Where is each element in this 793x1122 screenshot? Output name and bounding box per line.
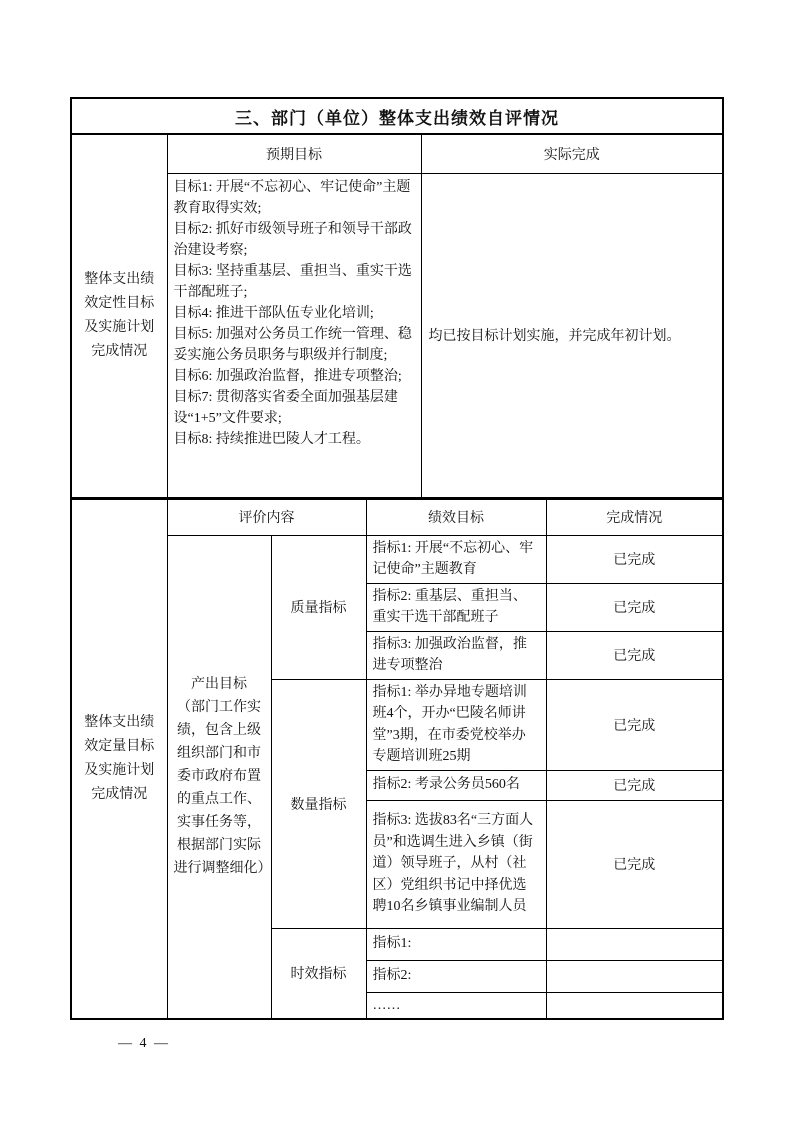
quantity-indicator-1-status: 已完成 [546, 679, 723, 770]
output-goal-desc: （部门工作实绩，包含上级组织部门和市委市政府布置的重点工作、实事任务等，根据部门… [174, 696, 265, 880]
performance-self-evaluation-table: 三、部门（单位）整体支出绩效自评情况 整体支出绩效定性目标及实施计划完成情况 预… [70, 97, 724, 1020]
section1-row-label: 整体支出绩效定性目标及实施计划完成情况 [71, 134, 167, 498]
goal-item-1: 目标1: 开展“不忘初心、牢记使命”主题教育取得实效; [174, 177, 415, 219]
quantity-indicator-3-status: 已完成 [546, 800, 723, 928]
quality-indicator-group-label: 质量指标 [271, 535, 366, 679]
goal-item-3: 目标3: 坚持重基层、重担当、重实干选干部配班子; [174, 261, 415, 303]
quantity-indicator-2-target: 指标2: 考录公务员560名 [366, 770, 546, 800]
timeliness-indicator-1-status [546, 928, 723, 960]
quality-indicator-3-target: 指标3: 加强政治监督，推进专项整治 [366, 631, 546, 679]
evaluation-content-header: 评价内容 [167, 498, 366, 535]
goal-item-2: 目标2: 抓好市级领导班子和领导干部政治建设考察; [174, 219, 415, 261]
output-goal-cell: 产出目标 （部门工作实绩，包含上级组织部门和市委市政府布置的重点工作、实事任务等… [167, 535, 271, 1019]
expected-goals-cell: 目标1: 开展“不忘初心、牢记使命”主题教育取得实效; 目标2: 抓好市级领导班… [167, 173, 421, 498]
expected-goal-header: 预期目标 [167, 134, 421, 173]
quantity-indicator-group-label: 数量指标 [271, 679, 366, 928]
quality-indicator-2-status: 已完成 [546, 583, 723, 631]
quantity-indicator-2-status: 已完成 [546, 770, 723, 800]
timeliness-indicator-1-target: 指标1: [366, 928, 546, 960]
timeliness-indicator-group-label: 时效指标 [271, 928, 366, 1019]
goal-item-8: 目标8: 持续推进巴陵人才工程。 [174, 429, 415, 450]
actual-completion-header: 实际完成 [421, 134, 723, 173]
timeliness-indicator-ellipsis-status [546, 992, 723, 1019]
quality-indicator-1-status: 已完成 [546, 535, 723, 583]
page-number: — 4 — [118, 1036, 170, 1052]
document-page: 三、部门（单位）整体支出绩效自评情况 整体支出绩效定性目标及实施计划完成情况 预… [0, 0, 793, 1122]
actual-completion-cell: 均已按目标计划实施，并完成年初计划。 [421, 173, 723, 498]
timeliness-indicator-ellipsis-target: …… [366, 992, 546, 1019]
goal-item-7: 目标7: 贯彻落实省委全面加强基层建设“1+5”文件要求; [174, 387, 415, 429]
quality-indicator-3-status: 已完成 [546, 631, 723, 679]
quality-indicator-2-target: 指标2: 重基层、重担当、重实干选干部配班子 [366, 583, 546, 631]
table-title: 三、部门（单位）整体支出绩效自评情况 [71, 98, 723, 134]
goal-item-5: 目标5: 加强对公务员工作统一管理、稳妥实施公务员职务与职级并行制度; [174, 324, 415, 366]
quantity-indicator-3-target: 指标3: 选拔83名“三方面人员”和选调生进入乡镇（街道）领导班子，从村（社区）… [366, 800, 546, 928]
timeliness-indicator-2-status [546, 960, 723, 992]
quantity-indicator-1-target: 指标1: 举办异地专题培训班4个，开办“巴陵名师讲堂”3期，在市委党校举办专题培… [366, 679, 546, 770]
section2-row-label: 整体支出绩效定量目标及实施计划完成情况 [71, 498, 167, 1019]
goal-item-6: 目标6: 加强政治监督，推进专项整治; [174, 366, 415, 387]
completion-status-header: 完成情况 [546, 498, 723, 535]
goal-item-4: 目标4: 推进干部队伍专业化培训; [174, 303, 415, 324]
performance-target-header: 绩效目标 [366, 498, 546, 535]
quality-indicator-1-target: 指标1: 开展“不忘初心、牢记使命”主题教育 [366, 535, 546, 583]
output-goal-title: 产出目标 [174, 673, 265, 696]
timeliness-indicator-2-target: 指标2: [366, 960, 546, 992]
